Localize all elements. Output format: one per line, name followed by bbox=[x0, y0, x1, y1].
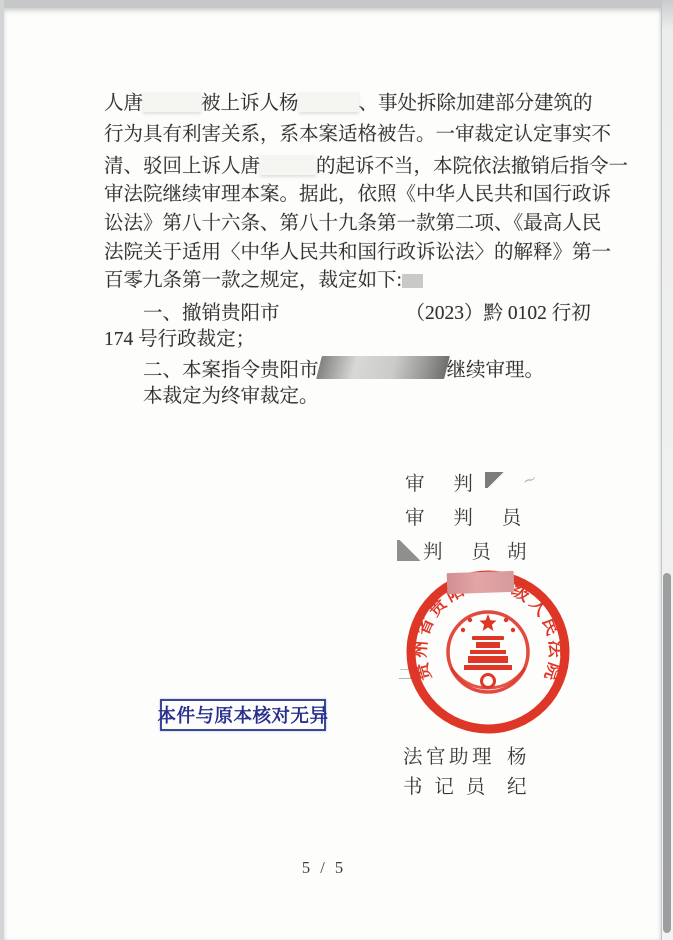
ruling-item-1: 一、撤销贵阳市（2023）黔 0102 行初 bbox=[104, 300, 629, 326]
body-text: （2023）黔 0102 行初 bbox=[406, 303, 591, 324]
assistant-row: 法官助理 杨 bbox=[403, 741, 593, 769]
judge-row-2: 审 判 员 . bbox=[405, 502, 595, 528]
judge-row-3: 判 员 胡 bbox=[397, 536, 587, 562]
photographed-court-document: { "doc": { "body": { "line1_a": "人唐", "l… bbox=[0, 0, 673, 940]
presiding-judge-label: 审 判 bbox=[405, 474, 485, 495]
assistant-label: 法官助理 bbox=[403, 747, 495, 768]
seal-gear bbox=[482, 675, 495, 688]
page-number: 5 / 5 bbox=[289, 858, 359, 878]
final-ruling-line: 本裁定为终审裁定。 bbox=[104, 385, 629, 409]
body-line-2: 行为具有利害关系，系本案适格被告。一审裁定认定事实不 bbox=[104, 123, 590, 147]
redaction-box bbox=[485, 472, 509, 488]
background-top-strip bbox=[0, 0, 673, 8]
ruling-item-1-cont: 174 号行政裁定； bbox=[104, 328, 590, 352]
body-text: 一、撤销贵阳市 bbox=[143, 303, 280, 324]
body-text: 、事处拆除加建部分建筑的 bbox=[359, 93, 593, 114]
redaction-box bbox=[316, 356, 450, 379]
scrollbar-track bbox=[661, 0, 673, 940]
body-text: 人唐 bbox=[104, 93, 143, 114]
judge-label: 审 判 员 bbox=[405, 508, 533, 529]
judge-name: 胡 bbox=[507, 536, 529, 564]
body-line-7: 百零九条第一款之规定，裁定如下: bbox=[104, 269, 590, 293]
clerk-label: 书 记 员 bbox=[403, 777, 489, 798]
certification-stamp: 本件与原本核对无异 bbox=[160, 699, 326, 731]
body-text: 百零九条第一款之规定，裁定如下: bbox=[104, 270, 402, 291]
body-line-4: 审法院继续审理本案。据此，依照《中华人民共和国行政诉 bbox=[104, 183, 590, 207]
body-line-5: 讼法》第八十六条、第八十九条第一款第二项、《最高人民 bbox=[104, 212, 590, 236]
redaction-box bbox=[143, 92, 201, 112]
body-text: 的起诉不当，本院依法撤销后指令一 bbox=[316, 156, 628, 177]
presiding-judge-row: 审 判 〜 bbox=[405, 468, 595, 494]
ruling-item-2: 二、本案指令贵阳市继续审理。 bbox=[104, 356, 629, 383]
faint-signature-mark: 〜 bbox=[520, 468, 540, 491]
background-left-strip bbox=[0, 0, 4, 940]
redaction-box bbox=[397, 540, 421, 561]
redaction-box bbox=[299, 92, 359, 112]
body-line-1: 人唐被上诉人杨、事处拆除加建部分建筑的 bbox=[104, 92, 590, 116]
certification-stamp-text: 本件与原本核对无异 bbox=[158, 702, 329, 728]
seal-ribbon bbox=[451, 668, 525, 688]
body-text: 继续审理。 bbox=[447, 360, 545, 381]
clerk-name: 纪 bbox=[507, 771, 527, 799]
body-text: 二、本案指令贵阳市 bbox=[143, 360, 319, 381]
scrollbar-thumb[interactable] bbox=[663, 573, 671, 933]
faint-signature-mark: . bbox=[517, 510, 520, 526]
body-text: 被上诉人杨 bbox=[201, 93, 299, 114]
judge-label: 判 员 bbox=[423, 542, 503, 563]
body-text: 清、驳回上诉人唐 bbox=[104, 156, 260, 177]
body-line-3: 清、驳回上诉人唐的起诉不当，本院依法撤销后指令一 bbox=[104, 155, 590, 179]
body-line-6: 法院关于适用〈中华人民共和国行政诉讼法〉的解释》第一 bbox=[104, 241, 590, 265]
redaction-box bbox=[280, 300, 406, 322]
redaction-box-on-seal bbox=[447, 571, 515, 594]
assistant-name: 杨 bbox=[507, 741, 527, 769]
seal-national-emblem bbox=[461, 614, 515, 670]
clerk-row: 书 记 员 纪 bbox=[403, 771, 593, 799]
document-page: 人唐被上诉人杨、事处拆除加建部分建筑的 行为具有利害关系，系本案适格被告。一审裁… bbox=[4, 8, 662, 940]
redaction-box bbox=[402, 274, 423, 288]
redaction-box bbox=[260, 155, 316, 175]
